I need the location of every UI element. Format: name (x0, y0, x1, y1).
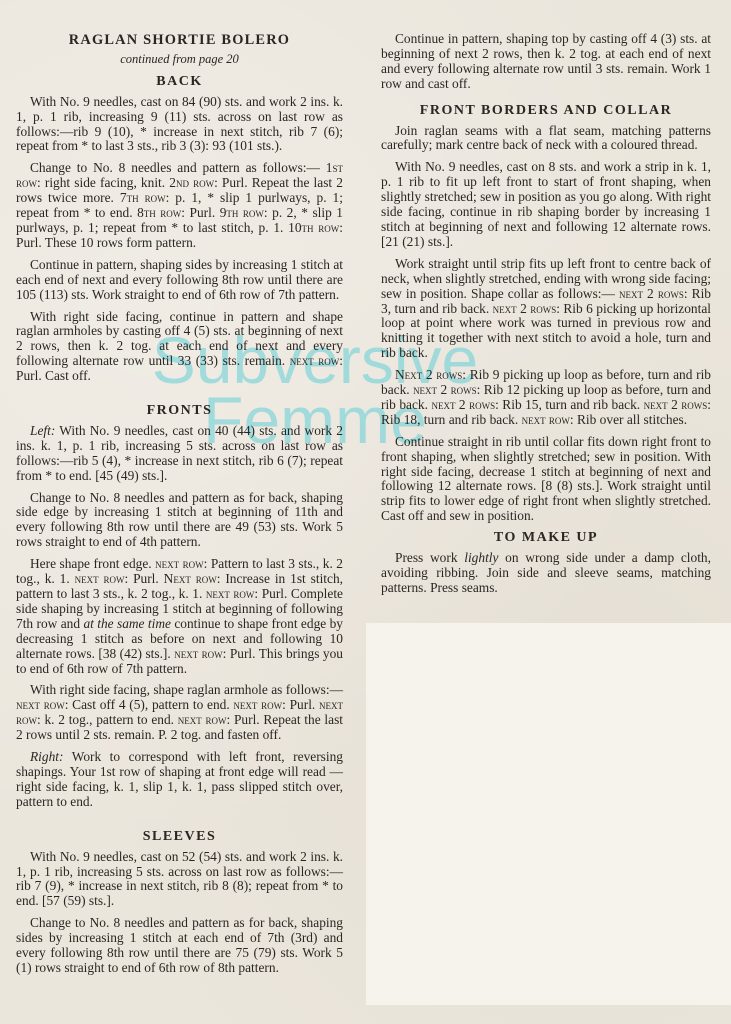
fronts-paragraph-3: Here shape front edge. next row: Pattern… (16, 557, 343, 676)
section-heading-borders: FRONT BORDERS AND COLLAR (381, 104, 711, 119)
make-up-paragraph: Press work lightly on wrong side under a… (381, 551, 711, 596)
fronts-paragraph-2: Change to No. 8 needles and pattern as f… (16, 491, 343, 551)
borders-paragraph-3: Work straight until strip fits up left f… (381, 257, 711, 361)
borders-paragraph-5: Continue straight in rib until collar fi… (381, 435, 711, 524)
back-paragraph-3: Continue in pattern, shaping sides by in… (16, 258, 343, 303)
magazine-page: Subversive Femme RAGLAN SHORTIE BOLERO c… (0, 0, 731, 1024)
back-paragraph-2: Change to No. 8 needles and pattern as f… (16, 161, 343, 250)
page-title: RAGLAN SHORTIE BOLERO (16, 33, 343, 48)
sleeves-paragraph-3: Continue in pattern, shaping top by cast… (381, 32, 711, 92)
right-column: Continue in pattern, shaping top by cast… (381, 0, 711, 603)
sleeves-paragraph-1: With No. 9 needles, cast on 52 (54) sts.… (16, 850, 343, 910)
borders-paragraph-2: With No. 9 needles, cast on 8 sts. and w… (381, 160, 711, 249)
back-paragraph-4: With right side facing, continue in patt… (16, 310, 343, 385)
section-heading-make-up: TO MAKE UP (381, 531, 711, 546)
sleeves-paragraph-2: Change to No. 8 needles and pattern as f… (16, 916, 343, 976)
borders-paragraph-1: Join raglan seams with a flat seam, matc… (381, 124, 711, 154)
section-heading-back: BACK (16, 75, 343, 90)
left-column: RAGLAN SHORTIE BOLERO continued from pag… (16, 0, 343, 983)
continued-note: continued from page 20 (16, 52, 343, 67)
back-paragraph-1: With No. 9 needles, cast on 84 (90) sts.… (16, 95, 343, 155)
borders-paragraph-4: Next 2 rows: Rib 9 picking up loop as be… (381, 368, 711, 428)
fronts-paragraph-4: With right side facing, shape raglan arm… (16, 683, 343, 743)
fronts-paragraph-5: Right: Work to correspond with left fron… (16, 750, 343, 810)
section-heading-sleeves: SLEEVES (16, 830, 343, 845)
section-heading-fronts: FRONTS (16, 404, 343, 419)
fronts-paragraph-1: Left: With No. 9 needles, cast on 40 (44… (16, 424, 343, 484)
blank-panel (366, 623, 731, 1005)
